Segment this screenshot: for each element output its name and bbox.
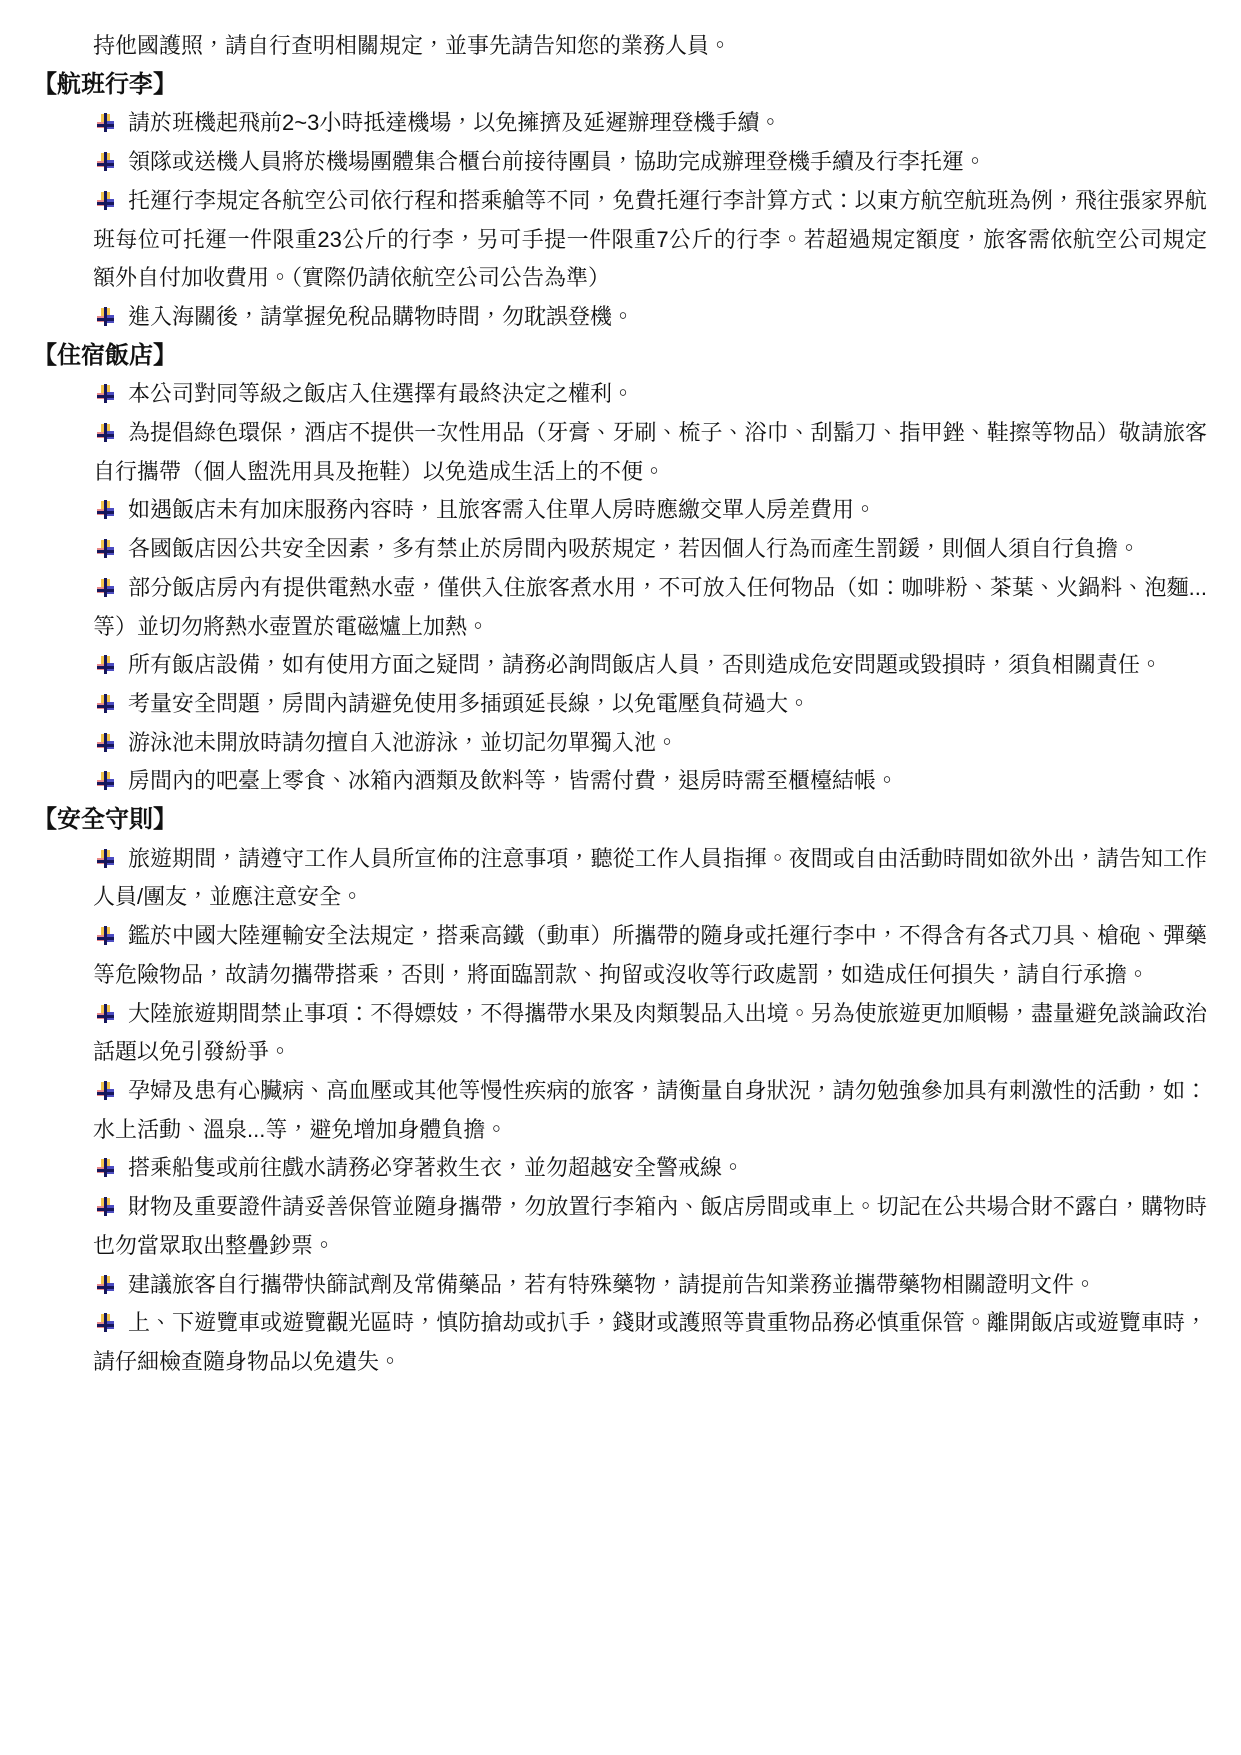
bullet-text: 鑑於中國大陸運輸安全法規定，搭乘高鐵（動車）所攜帶的隨身或托運行李中，不得含有各… [93, 923, 1207, 987]
bullet-text: 考量安全問題，房間內請避免使用多插頭延長線，以免電壓負荷過大。 [128, 691, 810, 716]
bullet-item: 上、下遊覽車或遊覽觀光區時，慎防搶劫或扒手，錢財或護照等貴重物品務必慎重保管。離… [93, 1304, 1207, 1381]
section-title: 【航班行李】 [33, 66, 1207, 105]
bullet-text: 孕婦及患有心臟病、高血壓或其他等慢性疾病的旅客，請衡量自身狀況，請勿勉強參加具有… [93, 1078, 1207, 1142]
section-items: 旅遊期間，請遵守工作人員所宣佈的注意事項，聽從工作人員指揮。夜間或自由活動時間如… [33, 840, 1207, 1382]
colored-cross-bullet-icon [97, 539, 114, 558]
bullet-text: 財物及重要證件請妥善保管並隨身攜帶，勿放置行李箱內、飯店房間或車上。切記在公共場… [93, 1194, 1207, 1258]
bullet-text: 部分飯店房內有提供電熱水壺，僅供入住旅客煮水用，不可放入任何物品（如：咖啡粉、茶… [93, 575, 1207, 639]
colored-cross-bullet-icon [97, 1004, 114, 1023]
sections-container: 【航班行李】 請於班機起飛前2~3小時抵達機場，以免擁擠及延遲辦理登機手續。 領… [33, 66, 1207, 1382]
colored-cross-bullet-icon [97, 694, 114, 713]
colored-cross-bullet-icon [97, 1081, 114, 1100]
bullet-item: 鑑於中國大陸運輸安全法規定，搭乘高鐵（動車）所攜帶的隨身或托運行李中，不得含有各… [93, 917, 1207, 994]
notice-section: 【住宿飯店】 本公司對同等級之飯店入住選擇有最終決定之權利。 為提倡綠色環保，酒… [33, 337, 1207, 801]
bullet-item: 為提倡綠色環保，酒店不提供一次性用品（牙膏、牙刷、梳子、浴巾、刮鬍刀、指甲銼、鞋… [93, 414, 1207, 491]
notice-section: 【安全守則】 旅遊期間，請遵守工作人員所宣佈的注意事項，聽從工作人員指揮。夜間或… [33, 801, 1207, 1382]
colored-cross-bullet-icon [97, 307, 114, 326]
section-title: 【安全守則】 [33, 801, 1207, 840]
bullet-item: 請於班機起飛前2~3小時抵達機場，以免擁擠及延遲辦理登機手續。 [93, 104, 1207, 143]
colored-cross-bullet-icon [97, 1158, 114, 1177]
colored-cross-bullet-icon [97, 191, 114, 210]
colored-cross-bullet-icon [97, 578, 114, 597]
bullet-item: 考量安全問題，房間內請避免使用多插頭延長線，以免電壓負荷過大。 [93, 685, 1207, 724]
colored-cross-bullet-icon [97, 152, 114, 171]
colored-cross-bullet-icon [97, 384, 114, 403]
bullet-item: 進入海關後，請掌握免稅品購物時間，勿耽誤登機。 [93, 298, 1207, 337]
colored-cross-bullet-icon [97, 849, 114, 868]
bullet-text: 托運行李規定各航空公司依行程和搭乘艙等不同，免費托運行李計算方式：以東方航空航班… [93, 188, 1207, 290]
bullet-item: 大陸旅遊期間禁止事項：不得嫖妓，不得攜帶水果及肉類製品入出境。另為使旅遊更加順暢… [93, 995, 1207, 1072]
colored-cross-bullet-icon [97, 771, 114, 790]
bullet-text: 所有飯店設備，如有使用方面之疑問，請務必詢問飯店人員，否則造成危安問題或毀損時，… [128, 652, 1162, 677]
document-body: 持他國護照，請自行查明相關規定，並事先請告知您的業務人員。 【航班行李】 請於班… [33, 27, 1207, 1382]
bullet-text: 建議旅客自行攜帶快篩試劑及常備藥品，若有特殊藥物，請提前告知業務並攜帶藥物相關證… [128, 1272, 1096, 1297]
colored-cross-bullet-icon [97, 113, 114, 132]
bullet-text: 大陸旅遊期間禁止事項：不得嫖妓，不得攜帶水果及肉類製品入出境。另為使旅遊更加順暢… [93, 1001, 1207, 1065]
bullet-text: 如遇飯店未有加床服務內容時，且旅客需入住單人房時應繳交單人房差費用。 [128, 497, 876, 522]
bullet-text: 游泳池未開放時請勿擅自入池游泳，並切記勿單獨入池。 [128, 730, 678, 755]
bullet-item: 孕婦及患有心臟病、高血壓或其他等慢性疾病的旅客，請衡量自身狀況，請勿勉強參加具有… [93, 1072, 1207, 1149]
section-items: 本公司對同等級之飯店入住選擇有最終決定之權利。 為提倡綠色環保，酒店不提供一次性… [33, 375, 1207, 801]
bullet-item: 托運行李規定各航空公司依行程和搭乘艙等不同，免費托運行李計算方式：以東方航空航班… [93, 182, 1207, 298]
bullet-text: 本公司對同等級之飯店入住選擇有最終決定之權利。 [128, 381, 634, 406]
bullet-text: 搭乘船隻或前往戲水請務必穿著救生衣，並勿超越安全警戒線。 [128, 1155, 744, 1180]
colored-cross-bullet-icon [97, 1313, 114, 1332]
section-items: 請於班機起飛前2~3小時抵達機場，以免擁擠及延遲辦理登機手續。 領隊或送機人員將… [33, 104, 1207, 336]
bullet-text: 為提倡綠色環保，酒店不提供一次性用品（牙膏、牙刷、梳子、浴巾、刮鬍刀、指甲銼、鞋… [93, 420, 1207, 484]
colored-cross-bullet-icon [97, 423, 114, 442]
bullet-item: 如遇飯店未有加床服務內容時，且旅客需入住單人房時應繳交單人房差費用。 [93, 491, 1207, 530]
colored-cross-bullet-icon [97, 500, 114, 519]
section-title: 【住宿飯店】 [33, 337, 1207, 376]
bullet-item: 所有飯店設備，如有使用方面之疑問，請務必詢問飯店人員，否則造成危安問題或毀損時，… [93, 646, 1207, 685]
colored-cross-bullet-icon [97, 655, 114, 674]
bullet-text: 上、下遊覽車或遊覽觀光區時，慎防搶劫或扒手，錢財或護照等貴重物品務必慎重保管。離… [93, 1310, 1207, 1374]
bullet-item: 本公司對同等級之飯店入住選擇有最終決定之權利。 [93, 375, 1207, 414]
bullet-item: 房間內的吧臺上零食、冰箱內酒類及飲料等，皆需付費，退房時需至櫃檯結帳。 [93, 762, 1207, 801]
colored-cross-bullet-icon [97, 926, 114, 945]
bullet-text: 旅遊期間，請遵守工作人員所宣佈的注意事項，聽從工作人員指揮。夜間或自由活動時間如… [93, 846, 1207, 910]
bullet-item: 領隊或送機人員將於機場團體集合櫃台前接待團員，協助完成辦理登機手續及行李托運。 [93, 143, 1207, 182]
bullet-item: 旅遊期間，請遵守工作人員所宣佈的注意事項，聽從工作人員指揮。夜間或自由活動時間如… [93, 840, 1207, 917]
bullet-text: 請於班機起飛前2~3小時抵達機場，以免擁擠及延遲辦理登機手續。 [128, 110, 781, 135]
bullet-item: 部分飯店房內有提供電熱水壺，僅供入住旅客煮水用，不可放入任何物品（如：咖啡粉、茶… [93, 569, 1207, 646]
colored-cross-bullet-icon [97, 1197, 114, 1216]
document-page: 持他國護照，請自行查明相關規定，並事先請告知您的業務人員。 【航班行李】 請於班… [0, 0, 1241, 1755]
bullet-text: 各國飯店因公共安全因素，多有禁止於房間內吸菸規定，若因個人行為而產生罰鍰，則個人… [128, 536, 1140, 561]
bullet-text: 房間內的吧臺上零食、冰箱內酒類及飲料等，皆需付費，退房時需至櫃檯結帳。 [128, 768, 898, 793]
intro-paragraph: 持他國護照，請自行查明相關規定，並事先請告知您的業務人員。 [93, 27, 1207, 66]
bullet-text: 進入海關後，請掌握免稅品購物時間，勿耽誤登機。 [128, 304, 634, 329]
bullet-item: 建議旅客自行攜帶快篩試劑及常備藥品，若有特殊藥物，請提前告知業務並攜帶藥物相關證… [93, 1266, 1207, 1305]
bullet-item: 各國飯店因公共安全因素，多有禁止於房間內吸菸規定，若因個人行為而產生罰鍰，則個人… [93, 530, 1207, 569]
bullet-item: 財物及重要證件請妥善保管並隨身攜帶，勿放置行李箱內、飯店房間或車上。切記在公共場… [93, 1188, 1207, 1265]
bullet-item: 游泳池未開放時請勿擅自入池游泳，並切記勿單獨入池。 [93, 724, 1207, 763]
bullet-item: 搭乘船隻或前往戲水請務必穿著救生衣，並勿超越安全警戒線。 [93, 1149, 1207, 1188]
notice-section: 【航班行李】 請於班機起飛前2~3小時抵達機場，以免擁擠及延遲辦理登機手續。 領… [33, 66, 1207, 337]
colored-cross-bullet-icon [97, 733, 114, 752]
bullet-text: 領隊或送機人員將於機場團體集合櫃台前接待團員，協助完成辦理登機手續及行李托運。 [128, 149, 986, 174]
colored-cross-bullet-icon [97, 1275, 114, 1294]
